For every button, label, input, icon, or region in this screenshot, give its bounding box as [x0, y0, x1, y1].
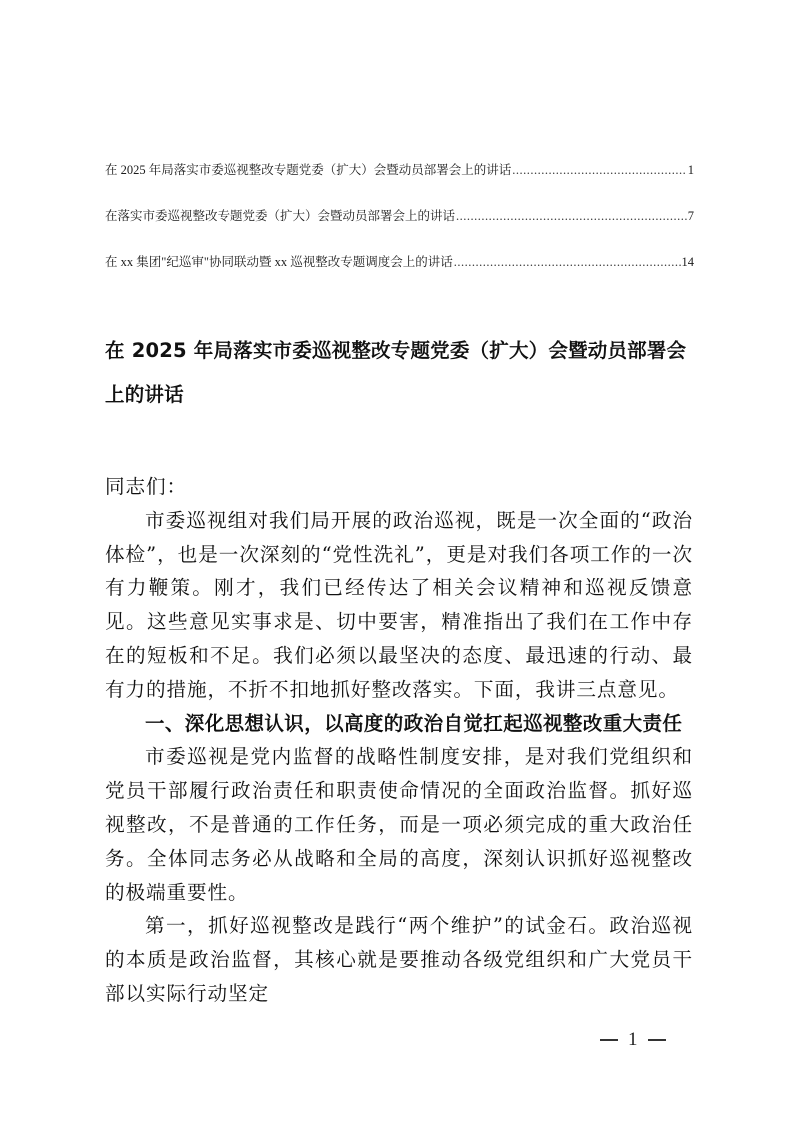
toc-entry-page: 1	[688, 163, 694, 178]
paragraph: 第一，抓好巡视整改是践行“两个维护”的试金石。政治巡视的本质是政治监督，其核心就…	[105, 909, 693, 1010]
document-body: 同志们： 市委巡视组对我们局开展的政治巡视，既是一次全面的“政治体检”，也是一次…	[105, 470, 693, 1011]
toc-dot-leader	[456, 209, 687, 224]
page-number-value: 1	[628, 1029, 638, 1051]
salutation: 同志们：	[105, 470, 693, 504]
paragraph: 市委巡视组对我们局开展的政治巡视，既是一次全面的“政治体检”，也是一次深刻的“党…	[105, 504, 693, 707]
paragraph: 市委巡视是党内监督的战略性制度安排，是对我们党组织和党员干部履行政治责任和职责使…	[105, 740, 693, 909]
table-of-contents: 在 2025 年局落实市委巡视整改专题党委（扩大）会暨动员部署会上的讲话 1 在…	[105, 160, 694, 298]
document-page: 在 2025 年局落实市委巡视整改专题党委（扩大）会暨动员部署会上的讲话 1 在…	[0, 0, 793, 1122]
toc-entry[interactable]: 在落实市委巡视整改专题党委（扩大）会暨动员部署会上的讲话 7	[105, 206, 694, 226]
page-number: 1	[600, 1029, 680, 1051]
toc-entry-page: 7	[688, 209, 694, 224]
toc-entry[interactable]: 在 xx 集团"纪巡审"协同联动暨 xx 巡视整改专题调度会上的讲话 14	[105, 252, 694, 272]
dash-left	[600, 1039, 618, 1040]
toc-entry-title: 在 2025 年局落实市委巡视整改专题党委（扩大）会暨动员部署会上的讲话	[105, 160, 511, 178]
toc-dot-leader	[512, 163, 686, 178]
toc-entry-page: 14	[682, 255, 695, 270]
dash-right	[648, 1039, 666, 1040]
toc-entry-title: 在 xx 集团"纪巡审"协同联动暨 xx 巡视整改专题调度会上的讲话	[105, 252, 453, 270]
toc-entry-title: 在落实市委巡视整改专题党委（扩大）会暨动员部署会上的讲话	[105, 206, 455, 224]
section-heading: 一、深化思想认识，以高度的政治自觉扛起巡视整改重大责任	[105, 707, 693, 741]
toc-dot-leader	[454, 255, 681, 270]
document-title: 在 2025 年局落实市委巡视整改专题党委（扩大）会暨动员部署会上的讲话	[105, 329, 697, 417]
toc-entry[interactable]: 在 2025 年局落实市委巡视整改专题党委（扩大）会暨动员部署会上的讲话 1	[105, 160, 694, 180]
